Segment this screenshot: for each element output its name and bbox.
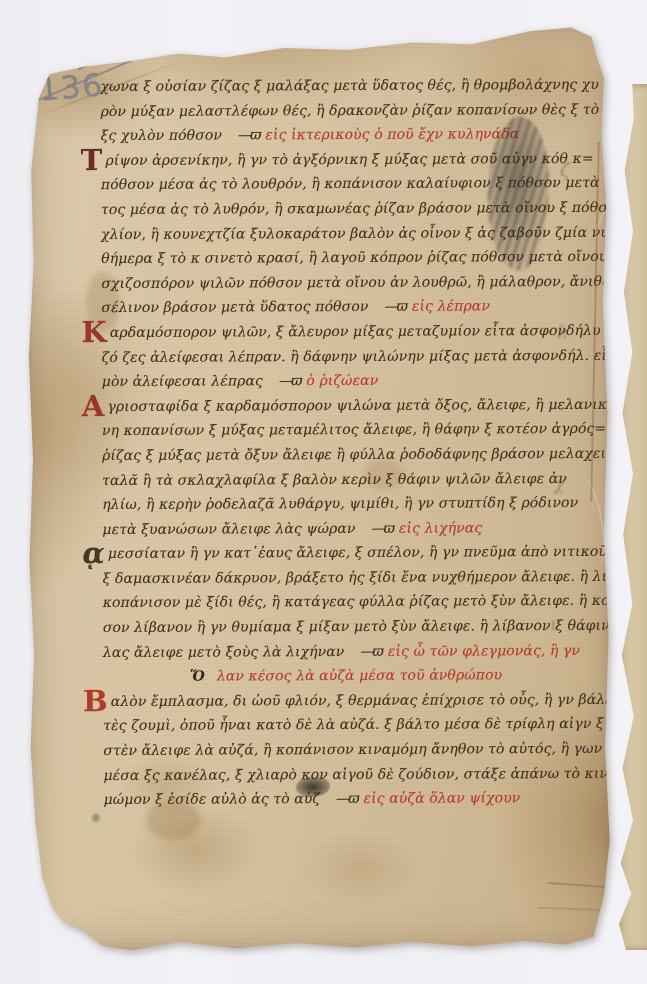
line-text: λας ἄλειφε μετὸ ξοὺς λὰ λιχήναν — [103, 644, 345, 661]
manuscript-line: μέσα ξς κανέλας, ξ χλιαρὸ κον αἰγοῦ δὲ ζ… — [103, 762, 589, 789]
manuscript-line: μὸν ἀλείφεσαι λέπρας—ϖὁ ῥιζώεαν — [102, 368, 588, 395]
line-text: μετὰ ξυανώσων ἄλειφε λὰς ψώραν — [102, 521, 355, 538]
rubric-marker: —ϖ — [360, 643, 381, 659]
line-text: γριοσταφίδα ξ καρδαμόσπορον ψιλώνα μετὰ … — [107, 397, 615, 415]
line-text: μέσα ξς κανέλας, ξ χλιαρὸ κον αἰγοῦ δὲ ζ… — [103, 765, 617, 783]
line-text: σέλινον βράσον μετὰ ὕδατος πόθσον — [101, 299, 368, 316]
rubric-marker: —ϖ — [384, 299, 405, 315]
manuscript-page: 138 136 χωνα ξ οὐσίαν ζίζας ξ μαλάξας με… — [26, 22, 612, 952]
line-text: αλὸν ἔμπλασμα, δι ὠοῦ φλιόν, ξ θερμάνας … — [111, 692, 643, 710]
line-text: ξ δαμασκινέαν δάκρυον, βράξετο ἠς ξίδι ἕ… — [103, 568, 647, 587]
rubric-heading: εἰς ὦ τῶν φλεγμονάς, ἢ γν — [388, 643, 580, 660]
manuscript-line: σέλινον βράσον μετὰ ὕδατος πόθσον—ϖεἰς λ… — [101, 294, 587, 321]
line-text: μὸν ἀλείφεσαι λέπρας — [102, 373, 263, 390]
line-text: στὲν ἄλειφε λὰ αὐζά, ἢ κοπάνισον κιναμόμ… — [103, 741, 623, 759]
rubric-lead-letter: Ὅ — [190, 669, 205, 685]
bleed-through-mark: ζ — [560, 160, 570, 181]
manuscript-line: τὲς ζουμὶ, ὁποῦ ἧναι κατὸ δὲ λὰ αὐζά. ξ … — [103, 712, 589, 739]
line-text: ταλᾶ ἢ τὰ σκλαχλαφίλα ξ βαλὸν κερὶν ξ θά… — [102, 471, 567, 489]
bleed-through-mark: λ — [557, 322, 568, 343]
drop-cap-initial: Κ — [81, 327, 106, 337]
manuscript-line: νη κοπανίσων ξ μύξας μεταμέλιτος ἄλειφε,… — [102, 417, 588, 444]
rubric-heading: εἰς λέπραν — [412, 299, 490, 315]
rubric-marker: —ϖ — [238, 128, 259, 144]
paper-edge-layer — [538, 907, 604, 911]
line-text: μώμον ξ ἐσίδε αὐλὸ ἀς τὸ αὐζ — [104, 791, 321, 808]
drop-cap-initial: Τ — [81, 155, 103, 165]
manuscript-line: ζό ζες ἀλείφεσαι λέπραν. ἢ δάφνην ψιλώνη… — [102, 343, 588, 370]
rubric-heading: εἰς ἰκτερικοὺς ὁ ποῦ ἔχν κυληνάδα — [265, 126, 519, 143]
line-text: σχιζοσπόρον ψιλῶν πόθσον μετὰ οἴνου ἀν λ… — [101, 274, 619, 292]
manuscript-line: ξ δαμασκινέαν δάκρυον, βράξετο ἠς ξίδι ἕ… — [103, 565, 589, 592]
manuscript-line: λας ἄλειφε μετὸ ξοὺς λὰ λιχήναν—ϖεἰς ὦ τ… — [103, 639, 589, 666]
manuscript-line: ῥίζας ξ μύξας μετὰ ὄξυν ἄλειφε ἢ φύλλα ῥ… — [102, 442, 588, 469]
page-sheet-wrap: 138 136 χωνα ξ οὐσίαν ζίζας ξ μαλάξας με… — [0, 0, 647, 984]
line-text: μεσσίαταν ἢ γν κατ᾿ἐαυς ἄλειφε, ξ σπέλον… — [108, 544, 647, 562]
line-text: τὲς ζουμὶ, ὁποῦ ἧναι κατὸ δὲ λὰ αὐζά. ξ … — [103, 716, 623, 734]
manuscript-line: σχιζοσπόρον ψιλῶν πόθσον μετὰ οἴνου ἀν λ… — [101, 270, 587, 297]
line-text: νη κοπανίσων ξ μύξας μεταμέλιτος ἄλειφε,… — [102, 421, 606, 439]
manuscript-line: μετὰ ξυανώσων ἄλειφε λὰς ψώραν—ϖεἰς λιχή… — [102, 516, 588, 543]
drop-cap-initial: Β — [83, 696, 108, 706]
manuscript-line: χωνα ξ οὐσίαν ζίζας ξ μαλάξας μετὰ ὕδατο… — [100, 73, 586, 100]
manuscript-line: ᾳμεσσίαταν ἢ γν κατ᾿ἐαυς ἄλειφε, ξ σπέλο… — [102, 540, 588, 567]
line-text: ρὸν μύξαν μελαστλέφων θές, ἢ δρακονζὰν ῥ… — [101, 101, 622, 119]
line-text: πόθσον μέσα ἀς τὸ λουθρόν, ἢ κοπάνισον κ… — [101, 175, 631, 193]
bleed-through-mark: χ — [554, 474, 565, 495]
rubric-heading: εἰς αὐζὰ ὅλαν ψίχουν — [364, 790, 521, 807]
rubric-heading: λαν κέσος λὰ αὐζὰ μέσα τοῦ ἀνθρώπου — [217, 668, 502, 685]
line-text: χωνα ξ οὐσίαν ζίζας ξ μαλάξας μετὰ ὕδατο… — [100, 77, 599, 95]
bleed-through-mark: ι — [550, 614, 557, 635]
line-text: ζό ζες ἀλείφεσαι λέπραν. ἢ δάφνην ψιλώνη… — [102, 347, 646, 365]
drop-cap-initial: Α — [82, 401, 105, 411]
rubric-heading: ὁ ῥιζώεαν — [306, 373, 378, 389]
rubric-marker: —ϖ — [336, 791, 357, 807]
manuscript-line: σον λίβανον ἢ γν θυμίαμα ξ μίξαν μετὸ ξὺ… — [103, 614, 589, 641]
paper-edge-layer — [548, 882, 606, 888]
manuscript-line: στὲν ἄλειφε λὰ αὐζά, ἢ κοπάνισον κιναμόμ… — [103, 737, 589, 764]
manuscript-line: ηλίω, ἢ κερὴν ῥοδελαζᾶ λυθάργυ, ψιμίθι, … — [102, 491, 588, 518]
rubric-center-line: Ὅλαν κέσος λὰ αὐζὰ μέσα τοῦ ἀνθρώπου — [103, 663, 589, 690]
line-text: ξς χυλὸν πόθσον — [101, 128, 222, 145]
manuscript-line: ταλᾶ ἢ τὰ σκλαχλαφίλα ξ βαλὸν κερὶν ξ θά… — [102, 466, 588, 493]
rubric-marker: —ϖ — [279, 373, 300, 389]
stain — [92, 814, 100, 822]
manuscript-scan: 138 136 χωνα ξ οὐσίαν ζίζας ξ μαλάξας με… — [0, 0, 647, 984]
crossed-out-folio-number: 138 — [79, 30, 142, 72]
manuscript-line: Καρδαμόσπορον ψιλῶν, ξ ἄλευρον μίξας μετ… — [101, 319, 587, 346]
line-text: κοπάνισον μὲ ξίδι θές, ἢ κατάγεας φύλλα … — [103, 593, 643, 611]
line-text: ηλίω, ἢ κερὴν ῥοδελαζᾶ λυθάργυ, ψιμίθι, … — [102, 495, 578, 513]
rubric-marker: —ϖ — [371, 520, 392, 536]
drop-cap-initial: ᾳ — [82, 548, 104, 558]
line-text: ῥίζας ξ μύξας μετὰ ὄξυν ἄλειφε ἢ φύλλα ῥ… — [102, 446, 606, 464]
line-text: αρδαμόσπορον ψιλῶν, ξ ἄλευρον μίξας μετα… — [110, 323, 601, 341]
rubric-heading: εἰς λιχήνας — [399, 520, 483, 536]
line-text: θήμερα ξ τὸ κ σινετὸ κρασί, ἢ λαγοῦ κόπρ… — [101, 249, 624, 267]
manuscript-line: Αγριοσταφίδα ξ καρδαμόσπορον ψιλώνα μετὰ… — [102, 393, 588, 420]
manuscript-line: κοπάνισον μὲ ξίδι θές, ἢ κατάγεας φύλλα … — [103, 589, 589, 616]
manuscript-line: Βαλὸν ἔμπλασμα, δι ὠοῦ φλιόν, ξ θερμάνας… — [103, 688, 589, 715]
manuscript-line: μώμον ξ ἐσίδε αὐλὸ ἀς τὸ αὐζ—ϖεἰς αὐζὰ ὅ… — [104, 786, 590, 813]
